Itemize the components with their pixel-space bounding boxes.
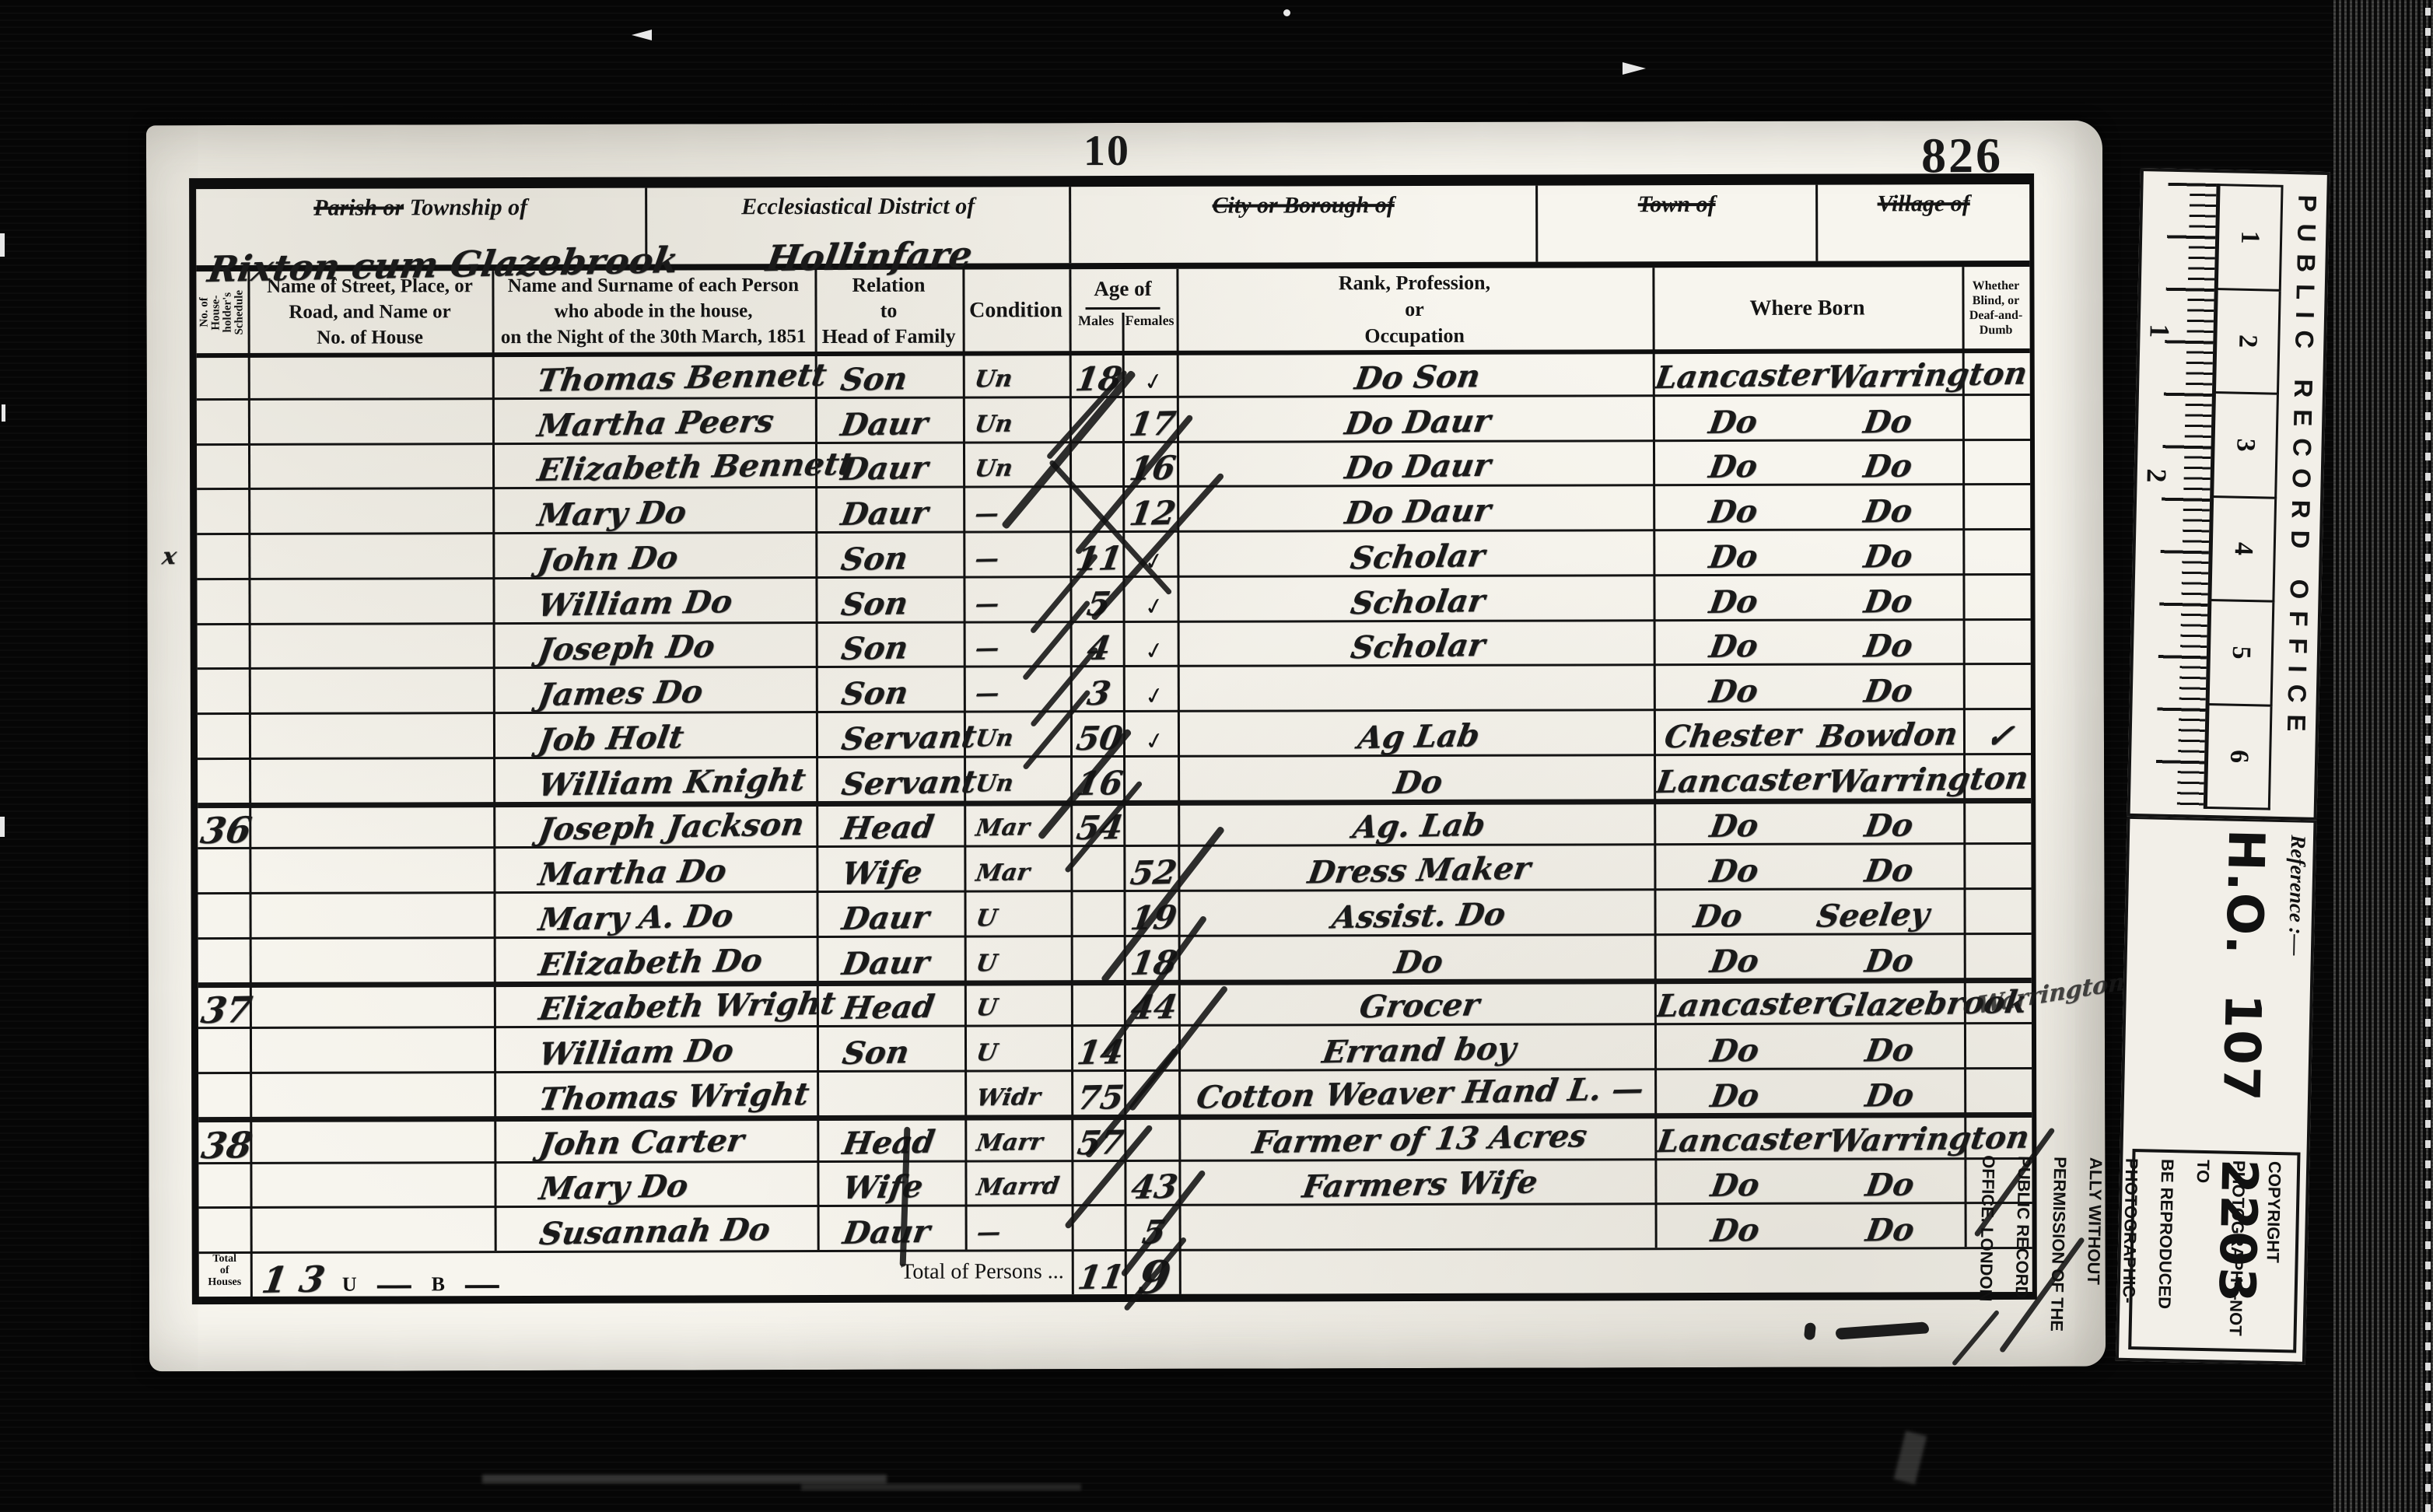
name-cell: Joseph Do bbox=[493, 621, 816, 667]
occupation-cell: Scholar bbox=[1177, 529, 1653, 575]
street-cell bbox=[249, 891, 493, 937]
name-cell: Susannah Do bbox=[495, 1205, 817, 1251]
relation-cell: Son bbox=[816, 621, 964, 666]
schedule-number-cell bbox=[198, 622, 249, 667]
microfilm-frame: 10 826 Parish or Township of Rixton cum … bbox=[0, 0, 2433, 1512]
schedule-number-cell bbox=[197, 398, 248, 443]
condition-cell: — bbox=[963, 530, 1069, 576]
field-label: City or Borough of bbox=[1213, 192, 1395, 219]
blind-cell bbox=[1964, 1022, 2032, 1067]
ruler-cm-number: 2 bbox=[2214, 290, 2281, 395]
name-cell: Elizabeth Wright bbox=[494, 981, 817, 1027]
street-cell bbox=[250, 982, 494, 1027]
blind-cell: ✓ bbox=[1963, 708, 2031, 753]
born-cell: DoDo bbox=[1654, 663, 1963, 709]
occupation-cell: Assist. Do bbox=[1178, 888, 1654, 934]
header-condition: Condition bbox=[962, 269, 1069, 351]
header-relation: Relation to Head of Family bbox=[814, 270, 962, 352]
condition-cell: — bbox=[963, 576, 1069, 621]
street-cell bbox=[250, 1161, 494, 1207]
age-female-cell: ✓ bbox=[1123, 620, 1178, 665]
film-speck bbox=[1283, 9, 1290, 16]
relation-cell bbox=[817, 1070, 964, 1115]
relation-cell: Daur bbox=[815, 441, 963, 486]
age-divider-rule bbox=[1085, 307, 1160, 310]
blind-cell bbox=[1962, 528, 2030, 573]
born-cell: DoDo bbox=[1654, 618, 1963, 664]
age-male-cell bbox=[1069, 441, 1122, 486]
condition-cell: — bbox=[964, 665, 1070, 710]
field-label: Village of bbox=[1878, 191, 1970, 216]
census-row: William DoSonU14Errand boyDoDo bbox=[198, 1022, 2032, 1074]
condition-cell: Un bbox=[964, 755, 1070, 800]
born-cell: LancasterWarrington bbox=[1654, 1112, 1964, 1158]
blind-cell bbox=[1964, 1112, 2032, 1157]
field-village: Village of bbox=[1818, 184, 2029, 261]
census-page: 10 826 Parish or Township of Rixton cum … bbox=[146, 121, 2106, 1372]
street-cell bbox=[249, 802, 493, 848]
name-cell: Mary Do bbox=[494, 1160, 817, 1206]
occupation-cell: Ag. Lab bbox=[1178, 799, 1654, 845]
name-cell: William Knight bbox=[493, 756, 816, 802]
field-label: Town of bbox=[1638, 191, 1716, 217]
occupation-cell: Do Daur bbox=[1177, 484, 1653, 530]
name-cell: James Do bbox=[493, 666, 816, 712]
schedule-number-cell bbox=[197, 353, 248, 398]
occupation-cell: Ag Lab bbox=[1178, 709, 1654, 754]
blind-cell bbox=[1962, 483, 2030, 528]
age-male-cell: 4 bbox=[1070, 621, 1123, 666]
census-row: xJohn DoSon—11✓ScholarDoDo bbox=[197, 528, 2030, 580]
relation-cell: Wife bbox=[817, 1160, 964, 1205]
ink-mark bbox=[1836, 1321, 1930, 1340]
relation-cell: Daur bbox=[815, 396, 963, 441]
blind-cell bbox=[1962, 394, 2030, 439]
street-cell bbox=[248, 397, 492, 443]
film-edge-mark bbox=[0, 817, 5, 837]
ruler-cm-number: 5 bbox=[2207, 601, 2275, 706]
born-cell: DoDo bbox=[1654, 1022, 1964, 1068]
street-cell bbox=[249, 667, 493, 712]
pro-reference-strip: PUBLIC RECORD OFFICE 123456 1 2 Referenc… bbox=[2116, 168, 2330, 1365]
uninhabited-label: U bbox=[342, 1273, 357, 1297]
occupation-cell: Do bbox=[1178, 754, 1654, 800]
blind-cell bbox=[1963, 887, 2031, 933]
condition-cell: — bbox=[965, 1204, 1072, 1249]
name-cell: Martha Peers bbox=[492, 397, 815, 443]
census-row: Mary A. DoDaurU19Assist. DoDoSeeley bbox=[198, 887, 2031, 940]
occupation-cell: Scholar bbox=[1178, 619, 1654, 665]
census-table: Parish or Township of Rixton cum Glazebr… bbox=[189, 173, 2037, 1304]
born-cell: LancasterWarrington bbox=[1653, 348, 1962, 394]
pro-office-text: PUBLIC RECORD OFFICE bbox=[2280, 194, 2323, 810]
born-cell: DoDo bbox=[1654, 1157, 1964, 1203]
condition-cell: U bbox=[964, 980, 1071, 1025]
page-number-center: 10 bbox=[1083, 126, 1130, 176]
schedule-number-cell bbox=[197, 578, 248, 623]
film-scratch bbox=[801, 1484, 1081, 1490]
relation-cell: Daur bbox=[817, 935, 964, 980]
street-cell bbox=[250, 1116, 494, 1162]
schedule-number-cell bbox=[198, 937, 250, 982]
ruler-cm-number: 6 bbox=[2205, 705, 2273, 810]
name-cell: William Do bbox=[494, 1025, 817, 1071]
film-texture-band bbox=[2333, 0, 2433, 1512]
field-label: Ecclesiastical District of bbox=[741, 194, 975, 220]
header-males: Males bbox=[1069, 313, 1123, 329]
occupation-cell: Do Son bbox=[1177, 349, 1653, 395]
name-cell: John Carter bbox=[494, 1115, 817, 1161]
header-rank-profession: Rank, Profession, or Occupation bbox=[1176, 268, 1652, 351]
age-female-cell: 43 bbox=[1124, 1159, 1178, 1204]
condition-cell: U bbox=[964, 935, 1071, 980]
field-label: Township of bbox=[404, 194, 527, 220]
schedule-number-cell bbox=[197, 488, 248, 533]
schedule-number-cell bbox=[197, 443, 248, 488]
enumerator-tick: ✓ bbox=[1143, 636, 1167, 667]
field-city-borough: City or Borough of bbox=[1071, 186, 1538, 264]
copyright-notice: COPYRIGHT PHOTOGRAPH—NOT TO BE REPRODUCE… bbox=[2128, 1149, 2300, 1353]
schedule-number-cell bbox=[199, 1206, 250, 1251]
total-houses-label: Total of Houses bbox=[199, 1253, 250, 1288]
relation-cell: Son bbox=[816, 666, 964, 711]
census-row: Elizabeth BennettDaurUn16Do DaurDoDo bbox=[197, 438, 2030, 490]
schedule-number-cell bbox=[198, 1161, 250, 1206]
age-female-cell: 52 bbox=[1123, 845, 1178, 890]
street-cell bbox=[249, 757, 493, 803]
occupation-cell: Grocer bbox=[1178, 978, 1654, 1024]
occupation-cell: Do Daur bbox=[1177, 394, 1653, 440]
relation-cell: Servant bbox=[816, 755, 964, 800]
relation-cell: Son bbox=[815, 531, 963, 576]
schedule-number-cell bbox=[198, 1027, 250, 1072]
age-male-cell: 75 bbox=[1071, 1069, 1124, 1115]
street-cell bbox=[248, 352, 492, 398]
name-cell: William Do bbox=[492, 576, 815, 622]
age-male-cell: 14 bbox=[1071, 1024, 1124, 1069]
film-edge-mark bbox=[2, 404, 5, 422]
born-cell: DoSeeley bbox=[1654, 887, 1963, 933]
schedule-number-cell bbox=[198, 847, 249, 892]
blind-cell bbox=[1963, 618, 2031, 663]
born-cell: DoDo bbox=[1653, 439, 1962, 485]
born-cell: DoDo bbox=[1654, 798, 1963, 844]
born-cell: LancasterWarrington bbox=[1654, 753, 1963, 799]
total-persons-males: 11 bbox=[1076, 1261, 1126, 1294]
occupation-cell: Do bbox=[1178, 933, 1654, 979]
building-label: B bbox=[432, 1272, 445, 1296]
street-cell bbox=[250, 936, 494, 982]
relation-cell: Head bbox=[817, 980, 964, 1025]
born-cell: DoDo bbox=[1655, 1202, 1965, 1248]
pro-reference-label: Reference :— H.O. 107 2203 COPYRIGHT PHO… bbox=[2116, 817, 2317, 1365]
name-cell: Elizabeth Bennett bbox=[492, 442, 815, 488]
schedule-number-cell: 36 bbox=[198, 802, 249, 847]
name-cell: Mary Do bbox=[492, 486, 815, 532]
blind-cell bbox=[1963, 842, 2031, 887]
field-township: Parish or Township of Rixton cum Glazebr… bbox=[196, 188, 647, 266]
field-label-struck: Parish or bbox=[313, 194, 404, 220]
film-scratch bbox=[482, 1475, 887, 1483]
occupation-cell: Farmers Wife bbox=[1178, 1158, 1654, 1204]
ruler-inch-2: 2 bbox=[2141, 468, 2173, 483]
film-edge-mark bbox=[0, 233, 5, 257]
census-rows: Thomas BennettSonUn18✓Do SonLancasterWar… bbox=[197, 348, 2032, 1251]
occupation-cell: Farmer of 13 Acres bbox=[1178, 1113, 1654, 1159]
ruler-inch-1: 1 bbox=[2143, 324, 2176, 338]
schedule-number-cell bbox=[198, 892, 249, 937]
street-cell bbox=[250, 1026, 494, 1072]
schedule-number-cell: x bbox=[197, 533, 248, 578]
film-speck bbox=[1623, 62, 1646, 75]
name-cell: John Do bbox=[492, 531, 815, 577]
blind-cell bbox=[1964, 933, 2032, 978]
born-cell: DoDo bbox=[1654, 842, 1963, 888]
street-cell bbox=[248, 443, 492, 488]
born-cell: DoDo bbox=[1654, 1067, 1964, 1113]
name-cell: Mary A. Do bbox=[493, 891, 816, 936]
field-town: Town of bbox=[1538, 185, 1818, 262]
born-cell: DoDo bbox=[1654, 933, 1964, 978]
age-female-cell: ✓ bbox=[1123, 665, 1178, 710]
enumerator-tick: ✓ bbox=[1142, 367, 1166, 397]
condition-cell: U bbox=[964, 890, 1070, 935]
relation-cell: Daur bbox=[815, 486, 963, 531]
born-cell: DoDo bbox=[1653, 528, 1962, 574]
relation-cell: Son bbox=[817, 1025, 964, 1070]
street-cell bbox=[249, 622, 493, 668]
header-where-born: Where Born bbox=[1652, 267, 1962, 349]
township-value: Rixton cum Glazebrook bbox=[205, 243, 681, 285]
age-female-cell bbox=[1123, 800, 1178, 845]
ecclesiastical-value: Hollinfare bbox=[764, 238, 974, 275]
totals-row: Total of Houses 1 3 U B Total of Persons… bbox=[199, 1247, 2032, 1297]
blind-cell bbox=[1962, 438, 2030, 483]
enumerator-tick: ✓ bbox=[1143, 726, 1167, 757]
born-cell: DoDo bbox=[1653, 394, 1962, 439]
age-male-cell bbox=[1070, 890, 1123, 935]
uninhabited-rule bbox=[377, 1285, 411, 1288]
pro-ruler-label: PUBLIC RECORD OFFICE 123456 1 2 bbox=[2127, 168, 2330, 821]
street-cell bbox=[248, 532, 492, 578]
occupation-cell: Scholar bbox=[1177, 574, 1653, 620]
census-row: 37Elizabeth WrightHeadU44GrocerLancaster… bbox=[198, 977, 2032, 1029]
place-fields-band: Parish or Township of Rixton cum Glazebr… bbox=[196, 184, 2029, 271]
census-row: Susannah DoDaur—5DoDo bbox=[199, 1202, 2032, 1254]
schedule-number-cell bbox=[198, 1072, 250, 1117]
street-cell bbox=[249, 712, 493, 758]
schedule-number-cell bbox=[198, 758, 249, 803]
occupation-cell: Do Daur bbox=[1177, 439, 1653, 485]
ruler-cm-number: 4 bbox=[2209, 498, 2277, 603]
occupation-cell bbox=[1179, 1202, 1655, 1248]
street-cell bbox=[248, 487, 492, 533]
enumerator-tick: ✓ bbox=[1143, 591, 1167, 621]
census-row: James DoSon—3✓DoDo bbox=[198, 663, 2031, 715]
condition-cell: Un bbox=[963, 351, 1069, 396]
blind-cell bbox=[1962, 573, 2030, 618]
name-cell: Thomas Wright bbox=[494, 1070, 817, 1116]
film-scratch bbox=[1894, 1431, 1927, 1485]
relation-cell: Servant bbox=[816, 711, 964, 756]
blind-cell bbox=[1963, 663, 2031, 708]
film-speck bbox=[632, 30, 652, 40]
ink-slash bbox=[1952, 1310, 2000, 1367]
blind-cell bbox=[1963, 797, 2031, 842]
name-cell: Job Holt bbox=[493, 711, 816, 757]
relation-cell: Son bbox=[815, 352, 963, 397]
age-male-cell bbox=[1071, 935, 1124, 980]
schedule-number-cell: 37 bbox=[198, 982, 250, 1027]
born-cell: DoDo bbox=[1653, 483, 1962, 529]
street-cell bbox=[248, 577, 492, 623]
condition-cell: Marr bbox=[964, 1115, 1071, 1160]
name-cell: Elizabeth Do bbox=[494, 936, 817, 982]
age-female-cell: 17 bbox=[1122, 396, 1177, 441]
street-cell bbox=[250, 1206, 495, 1251]
relation-cell: Daur bbox=[817, 1205, 965, 1250]
condition-cell: U bbox=[964, 1024, 1071, 1069]
born-cell: LancasterGlazebrook bbox=[1654, 978, 1964, 1024]
street-cell bbox=[250, 1071, 494, 1117]
census-row: 36Joseph JacksonHeadMar54Ag. LabDoDo bbox=[198, 797, 2031, 849]
header-blind-deaf: Whether Blind, or Deaf-and- Dumb bbox=[1962, 267, 2029, 348]
census-row: Martha DoWifeMar52Dress MakerDoDo bbox=[198, 842, 2031, 894]
header-females: Females bbox=[1123, 313, 1177, 329]
condition-cell: Widr bbox=[964, 1069, 1071, 1115]
blind-cell bbox=[1964, 1067, 2032, 1112]
relation-cell: Son bbox=[815, 576, 963, 621]
born-cell: DoDo bbox=[1653, 573, 1962, 619]
total-houses-value: 1 3 bbox=[260, 1262, 327, 1297]
occupation-cell: Errand boy bbox=[1178, 1023, 1654, 1069]
schedule-number-cell bbox=[198, 712, 249, 758]
film-edge-perforation bbox=[2425, 0, 2431, 1512]
name-cell: Thomas Bennett bbox=[492, 352, 815, 397]
blind-cell bbox=[1962, 348, 2030, 394]
relation-cell: Daur bbox=[816, 891, 964, 936]
relation-cell: Head bbox=[817, 1115, 964, 1160]
ruler-ticks bbox=[2135, 182, 2220, 809]
condition-cell: Un bbox=[963, 396, 1069, 441]
enumerator-tick: ✓ bbox=[1143, 681, 1167, 712]
name-cell: Joseph Jackson bbox=[493, 801, 816, 847]
occupation-cell: Dress Maker bbox=[1178, 843, 1654, 889]
relation-cell: Head bbox=[816, 800, 964, 845]
occupation-cell: Cotton Weaver Hand L. — bbox=[1178, 1068, 1654, 1114]
name-cell: Martha Do bbox=[493, 845, 816, 891]
schedule-number-cell: 38 bbox=[198, 1117, 250, 1162]
total-persons-label: Total of Persons ... bbox=[495, 1249, 1069, 1296]
blind-cell bbox=[1963, 753, 2031, 798]
condition-cell: Mar bbox=[964, 845, 1070, 890]
ruler-cm-number: 3 bbox=[2211, 394, 2279, 499]
age-male-cell bbox=[1071, 980, 1124, 1025]
census-row: Joseph DoSon—4✓ScholarDoDo bbox=[198, 618, 2031, 670]
schedule-number-cell bbox=[198, 667, 249, 712]
ruler-cm-number: 1 bbox=[2216, 184, 2284, 291]
field-ecclesiastical: Ecclesiastical District of Hollinfare bbox=[647, 187, 1071, 264]
occupation-cell bbox=[1178, 663, 1654, 709]
street-cell bbox=[249, 846, 493, 892]
condition-cell: Marrd bbox=[964, 1160, 1071, 1205]
age-female-cell: ✓ bbox=[1122, 576, 1177, 621]
reference-caption: Reference :— bbox=[2284, 835, 2310, 956]
ink-mark bbox=[1804, 1322, 1816, 1340]
born-cell: ChesterBowdon bbox=[1654, 708, 1963, 754]
relation-cell: Wife bbox=[816, 845, 964, 891]
